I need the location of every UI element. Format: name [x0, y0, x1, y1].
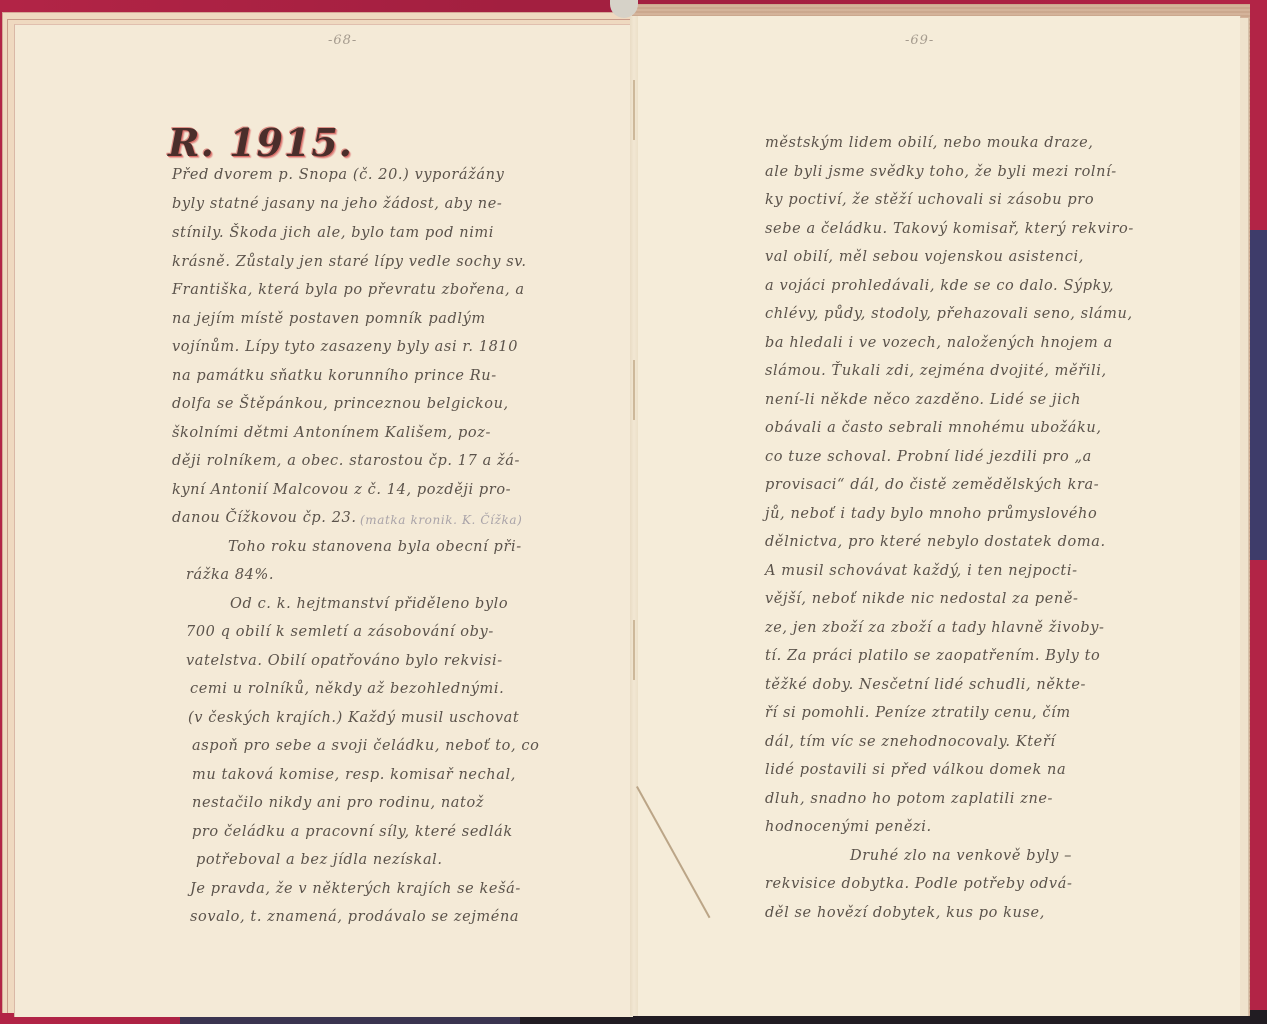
year-heading: R. 1915. — [168, 120, 353, 165]
text-line: krásně. Zůstaly jen staré lípy vedle soc… — [172, 254, 527, 270]
text-line: (v českých krajích.) Každý musil uschova… — [188, 710, 519, 726]
text-line: kyní Antonií Malcovou z č. 14, později p… — [172, 482, 511, 498]
text-line: aspoň pro sebe a svoji čeládku, neboť to… — [192, 738, 539, 754]
text-line: stínily. Škoda jich ale, bylo tam pod ni… — [172, 225, 494, 241]
text-line: Františka, která byla po převratu zbořen… — [172, 282, 525, 298]
binding-thread — [633, 620, 635, 680]
page-number-right: -69- — [905, 33, 934, 48]
text-line: ky poctiví, že stěží uchovali si zásobu … — [765, 192, 1094, 208]
text-line: slámou. Ťukali zdi, zejména dvojité, měř… — [765, 363, 1107, 379]
text-line: dluh, snadno ho potom zaplatili zne- — [765, 791, 1053, 807]
text-line: cemi u rolníků, někdy až bezohlednými. — [190, 681, 504, 697]
text-line: chlévy, půdy, stodoly, přehazovali seno,… — [765, 306, 1133, 322]
text-line: školními dětmi Antonínem Kališem, poz- — [172, 425, 491, 441]
text-line: vatelstva. Obilí opatřováno bylo rekvisi… — [186, 653, 503, 669]
text-line: danou Čížkovou čp. 23. — [172, 510, 357, 526]
text-line: mu taková komise, resp. komisař nechal, — [192, 767, 516, 783]
text-line: městským lidem obilí, nebo mouka draze, — [765, 135, 1094, 151]
text-line: těžké doby. Nesčetní lidé schudli, někte… — [765, 677, 1086, 693]
margin-note: (matka kronik. K. Čížka) — [360, 513, 522, 527]
text-line: co tuze schoval. Probní lidé jezdili pro… — [765, 449, 1092, 465]
text-line: 700 q obilí k semletí a zásobování oby- — [186, 624, 494, 640]
text-line: nestačilo nikdy ani pro rodinu, natož — [192, 795, 484, 811]
text-line: jů, neboť i tady bylo mnoho průmyslového — [765, 506, 1097, 522]
right-page-edge — [1240, 18, 1249, 1016]
text-line: Toho roku stanovena byla obecní při- — [228, 539, 522, 555]
text-line: obávali a často sebrali mnohému ubožáku, — [765, 420, 1102, 436]
text-line: vější, neboť nikde nic nedostal za peně- — [765, 591, 1079, 607]
text-line: na památku sňatku korunního prince Ru- — [172, 368, 497, 384]
text-line: ze, jen zboží za zboží a tady hlavně živ… — [765, 620, 1105, 636]
text-line: pro čeládku a pracovní síly, které sedlá… — [192, 824, 513, 840]
text-line: Je pravda, že v některých krajích se keš… — [190, 881, 521, 897]
text-line: tí. Za práci platilo se zaopatřením. Byl… — [765, 648, 1100, 664]
text-line: sovalo, t. znamená, prodávalo se zejména — [190, 909, 519, 925]
text-line: sebe a čeládku. Takový komisař, který re… — [765, 221, 1134, 237]
text-line: ří si pomohli. Peníze ztratily cenu, čím — [765, 705, 1071, 721]
text-line: val obilí, měl sebou vojenskou asistenci… — [765, 249, 1084, 265]
text-line: dál, tím víc se znehodnocovaly. Kteří — [765, 734, 1056, 750]
text-line: rekvisice dobytka. Podle potřeby odvá- — [765, 876, 1072, 892]
text-line: ale byli jsme svědky toho, že byli mezi … — [765, 164, 1117, 180]
text-line: děl se hovězí dobytek, kus po kuse, — [765, 905, 1045, 921]
text-line: dolfa se Štěpánkou, princeznou belgickou… — [172, 396, 509, 412]
text-line: lidé postavili si před válkou domek na — [765, 762, 1066, 778]
text-line: Od c. k. hejtmanství přiděleno bylo — [230, 596, 508, 612]
binding-thread — [633, 80, 635, 140]
binding-thread — [633, 360, 635, 420]
text-line: ději rolníkem, a obec. starostou čp. 17 … — [172, 453, 520, 469]
text-line: Před dvorem p. Snopa (č. 20.) vyporážány — [172, 167, 504, 183]
book-gutter — [630, 16, 638, 1016]
text-line: není-li někde něco zazděno. Lidé se jich — [765, 392, 1081, 408]
text-line: potřeboval a bez jídla nezískal. — [196, 852, 443, 868]
page-number-left: -68- — [328, 33, 357, 48]
text-line: byly statné jasany na jeho žádost, aby n… — [172, 196, 502, 212]
text-line: provisaci“ dál, do čistě zemědělských kr… — [765, 477, 1099, 493]
text-line: na jejím místě postaven pomník padlým — [172, 311, 486, 327]
text-line: ba hledali i ve vozech, naložených hnoje… — [765, 335, 1113, 351]
text-line: a vojáci prohledávali, kde se co dalo. S… — [765, 278, 1114, 294]
text-line: A musil schovávat každý, i ten nejpocti- — [765, 563, 1078, 579]
text-line: hodnocenými penězi. — [765, 819, 932, 835]
text-line: vojínům. Lípy tyto zasazeny byly asi r. … — [172, 339, 518, 355]
text-line: Druhé zlo na venkově byly – — [850, 848, 1072, 864]
text-line: rážka 84%. — [186, 567, 274, 583]
text-line: dělnictva, pro které nebylo dostatek dom… — [765, 534, 1106, 550]
